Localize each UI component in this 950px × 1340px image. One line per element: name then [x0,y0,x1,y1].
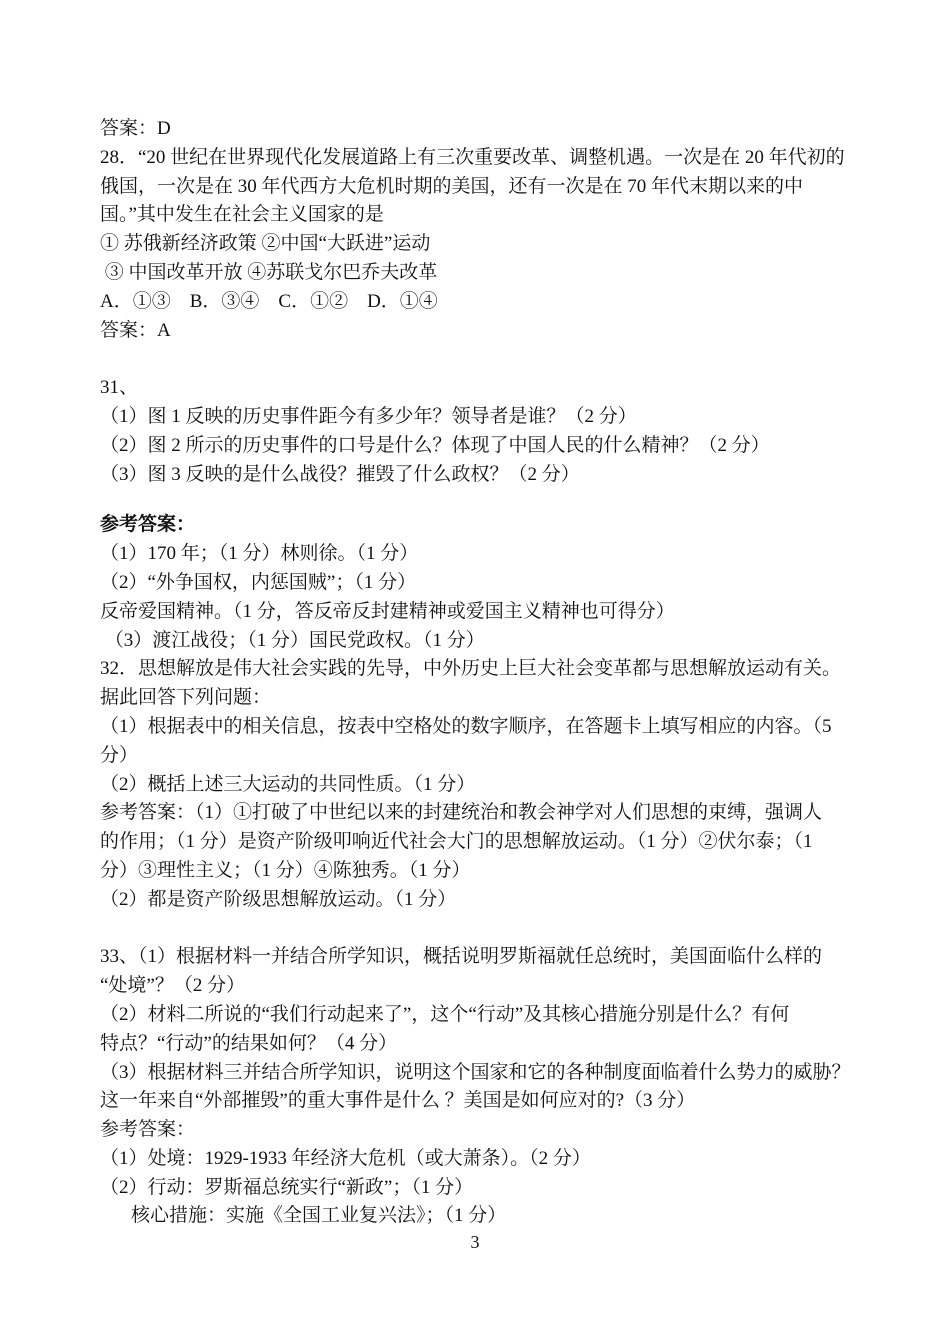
document-page: 答案：D 28．“20 世纪在世界现代化发展道路上有三次重要改革、调整机遇。一次… [0,0,950,1340]
q33-part-3a: （3）根据材料三并结合所学知识，说明这个国家和它的各种制度面临着什么势力的威胁？ [100,1059,860,1088]
q28-items-1-2: ① 苏俄新经济政策 ②中国“大跃进”运动 [100,230,860,259]
blank-line [100,345,860,374]
q32-stem-line-1: 32．思想解放是伟大社会实践的先导，中外历史上巨大社会变革都与思想解放运动有关。 [100,655,860,684]
q32-answer-line-2: 的作用；（1 分）是资产阶级叩响近代社会大门的思想解放运动。（1 分）②伏尔泰；… [100,828,860,857]
q31-answer-1: （1）170 年；（1 分）林则徐。（1 分） [100,540,860,569]
page-number: 3 [0,1228,950,1256]
q28-items-3-4: ③ 中国改革开放 ④苏联戈尔巴乔夫改革 [100,259,860,288]
blank-line [100,489,860,511]
q33-answer-2b: 核心措施：实施《全国工业复兴法》；（1 分） [100,1202,860,1231]
q28-stem-line-1: 28．“20 世纪在世界现代化发展道路上有三次重要改革、调整机遇。一次是在 20… [100,144,860,173]
q32-stem-line-2: 据此回答下列问题： [100,684,860,713]
document-body: 答案：D 28．“20 世纪在世界现代化发展道路上有三次重要改革、调整机遇。一次… [100,115,860,1231]
q28-choices: A．①③ B．③④ C．①② D．①④ [100,288,860,317]
q33-part-2b: 特点？“行动”的结果如何？（4 分） [100,1030,860,1059]
q31-number: 31、 [100,374,860,403]
q31-part-1: （1）图 1 反映的历史事件距今有多少年？领导者是谁？（2 分） [100,403,860,432]
q31-answer-2b: 反帝爱国精神。（1 分，答反帝反封建精神或爱国主义精神也可得分） [100,598,860,627]
q33-reference-answer-heading: 参考答案： [100,1116,860,1145]
q33-answer-1: （1）处境：1929-1933 年经济大危机（或大萧条）。（2 分） [100,1145,860,1174]
q32-answer-line-3: 分）③理性主义；（1 分）④陈独秀。（1 分） [100,857,860,886]
q33-part-3b: 这一年来自“外部摧毁”的重大事件是什么 ？美国是如何应对的?（3 分） [100,1087,860,1116]
q33-part-1b: “处境”？（2 分） [100,972,860,1001]
q32-part-1a: （1）根据表中的相关信息，按表中空格处的数字顺序，在答题卡上填写相应的内容。（5 [100,713,860,742]
q33-part-1a: 33、（1）根据材料一并结合所学知识，概括说明罗斯福就任总统时，美国面临什么样的 [100,943,860,972]
q31-answer-2a: （2）“外争国权，内惩国贼”；（1 分） [100,569,860,598]
q28-stem-line-2: 俄国，一次是在 30 年代西方大危机时期的美国，还有一次是在 70 年代末期以来… [100,173,860,202]
q31-part-3: （3）图 3 反映的是什么战役？摧毁了什么政权？（2 分） [100,461,860,490]
q31-reference-answer-heading: 参考答案： [100,511,860,540]
q28-answer: 答案：A [100,317,860,346]
q31-answer-3: （3）渡江战役；（1 分）国民党政权。（1 分） [100,627,860,656]
q32-part-1b: 分） [100,742,860,771]
q32-answer-line-1: 参考答案：（1）①打破了中世纪以来的封建统治和教会神学对人们思想的束缚，强调人 [100,799,860,828]
blank-line [100,915,860,944]
q32-answer-part-2: （2）都是资产阶级思想解放运动。（1 分） [100,886,860,915]
q28-stem-line-3: 国。”其中发生在社会主义国家的是 [100,201,860,230]
q27-answer: 答案：D [100,115,860,144]
q33-part-2a: （2）材料二所说的“我们行动起来了”，这个“行动”及其核心措施分别是什么？有何 [100,1001,860,1030]
q31-part-2: （2）图 2 所示的历史事件的口号是什么？体现了中国人民的什么精神？（2 分） [100,432,860,461]
q33-answer-2a: （2）行动：罗斯福总统实行“新政”；（1 分） [100,1174,860,1203]
q32-part-2: （2）概括上述三大运动的共同性质。（1 分） [100,771,860,800]
